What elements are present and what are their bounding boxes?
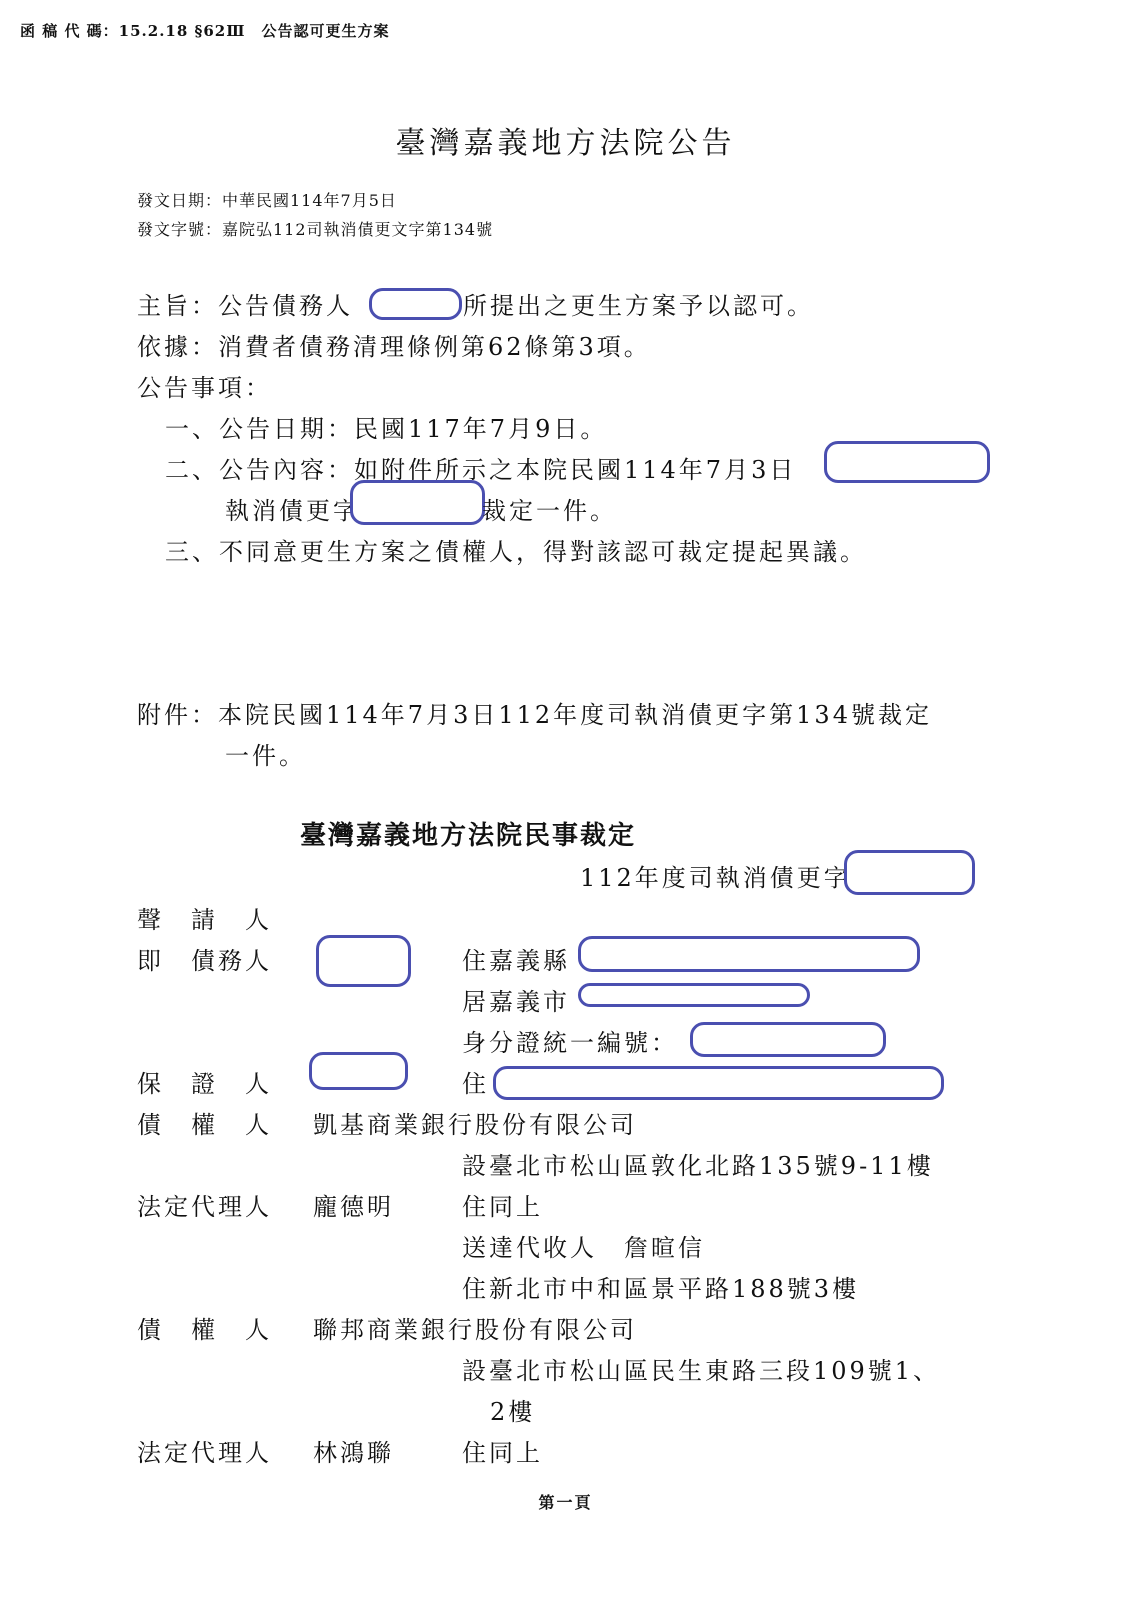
party-detail-debtor-address: 住嘉義縣 — [462, 941, 570, 976]
item-3: 三、不同意更生方案之債權人，得對該認可裁定提起異議。 — [165, 532, 867, 567]
subject-prefix: 主旨：公告債務人 — [137, 286, 353, 321]
party-name-creditor-1: 凱基商業銀行股份有限公司 — [313, 1105, 637, 1140]
redaction-box-debtor — [316, 935, 411, 987]
notice-title: 臺灣嘉義地方法院公告 — [0, 118, 1131, 162]
redaction-box-case-year — [824, 441, 990, 483]
item-1: 一、公告日期：民國117年7月9日。 — [165, 409, 607, 444]
party-detail-guarantor-address: 住 — [462, 1064, 489, 1099]
party-role-creditor-1: 債 權 人 — [137, 1105, 272, 1140]
item-2-continuation-prefix: 執消債更字 — [225, 491, 360, 526]
redaction-box-debtor-name — [369, 288, 462, 320]
issue-date: 發文日期：中華民國114年7月5日 — [137, 188, 397, 211]
party-role-applicant: 聲 請 人 — [137, 900, 272, 935]
party-role-guarantor: 保 證 人 — [137, 1064, 272, 1099]
party-detail-creditor-1-address: 設臺北市松山區敦化北路135號9-11樓 — [462, 1146, 934, 1181]
basis-line: 依據：消費者債務清理條例第62條第3項。 — [137, 327, 651, 362]
party-role-creditor-2: 債 權 人 — [137, 1310, 272, 1345]
party-name-creditor-2: 聯邦商業銀行股份有限公司 — [313, 1310, 637, 1345]
items-heading: 公告事項： — [137, 368, 272, 403]
issue-number: 發文字號：嘉院弘112司執消債更文字第134號 — [137, 217, 493, 240]
redaction-box-ruling-case-number — [844, 850, 975, 895]
document-page: 函 稿 代 碼：15.2.18 §62Ⅲ 公告認可更生方案 臺灣嘉義地方法院公告… — [0, 0, 1131, 1600]
party-detail-creditor-2-address-cont: 2樓 — [490, 1392, 535, 1427]
party-detail-service-agent-address: 住新北市中和區景平路188號3樓 — [462, 1269, 859, 1304]
item-2: 二、公告內容：如附件所示之本院民國114年7月3日 — [165, 450, 796, 485]
item-2-continuation-suffix: 裁定一件。 — [482, 491, 617, 526]
party-detail-debtor-residence: 居嘉義市 — [462, 982, 570, 1017]
page-number: 第一頁 — [0, 1490, 1131, 1513]
party-name-legal-rep-2: 林鴻聯 — [313, 1433, 394, 1468]
party-detail-legal-rep-2: 住同上 — [462, 1433, 543, 1468]
party-name-legal-rep-1: 龐德明 — [313, 1187, 394, 1222]
redaction-box-guarantor-address — [493, 1066, 944, 1100]
subject-suffix: 所提出之更生方案予以認可。 — [463, 286, 814, 321]
party-detail-service-agent: 送達代收人 詹暄信 — [462, 1228, 705, 1263]
party-role-legal-rep-1: 法定代理人 — [137, 1187, 272, 1222]
ruling-case-number: 112年度司執消債更字 — [580, 858, 851, 893]
draft-code-line: 函 稿 代 碼：15.2.18 §62Ⅲ 公告認可更生方案 — [20, 20, 390, 41]
redaction-box-debtor-address — [578, 936, 920, 972]
attachment-line-1: 附件：本院民國114年7月3日112年度司執消債更字第134號裁定 — [137, 695, 932, 730]
attachment-line-2: 一件。 — [225, 736, 306, 771]
redaction-box-guarantor — [309, 1052, 408, 1090]
redaction-box-case-number — [350, 480, 485, 525]
party-detail-legal-rep-1: 住同上 — [462, 1187, 543, 1222]
party-role-legal-rep-2: 法定代理人 — [137, 1433, 272, 1468]
party-detail-debtor-id: 身分證統一編號： — [462, 1023, 678, 1058]
redaction-box-debtor-id — [690, 1022, 886, 1057]
party-role-debtor: 即 債務人 — [137, 941, 272, 976]
redaction-box-debtor-residence — [578, 983, 810, 1007]
party-detail-creditor-2-address: 設臺北市松山區民生東路三段109號1、 — [462, 1351, 940, 1386]
ruling-title: 臺灣嘉義地方法院民事裁定 — [300, 815, 636, 852]
